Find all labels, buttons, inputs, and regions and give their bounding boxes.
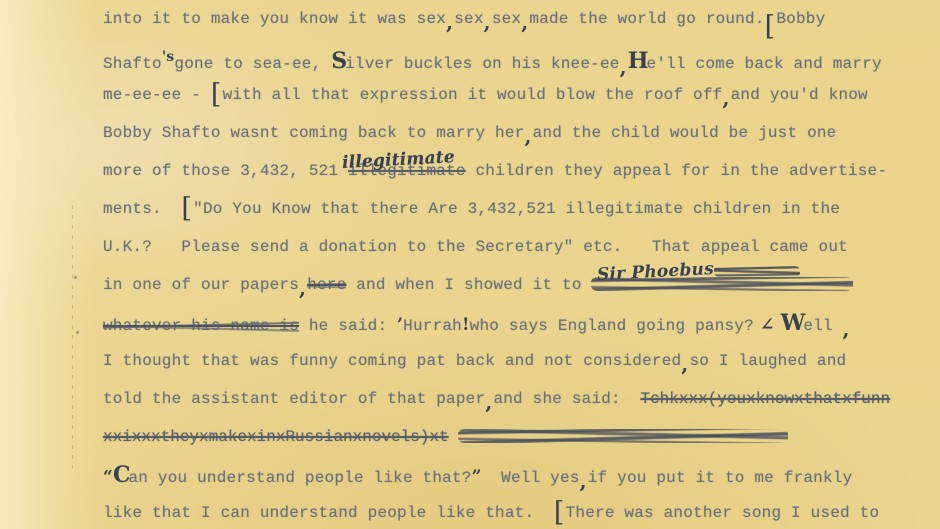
typescript-line-06: ments. ["Do You Know that there Are 3,43… <box>0 190 940 228</box>
typed-text: Bobby <box>776 10 825 28</box>
typescript-line-12: xxixxxtheyxmakexinxRussianxnovels)xt <box>0 418 940 456</box>
typed-text: Well yes <box>482 469 580 487</box>
typed-text: sex <box>492 10 521 28</box>
scribbled-out-text <box>458 429 788 443</box>
typed-text: ell <box>803 317 842 335</box>
typed-text: into it to make you know it was sex <box>103 10 446 28</box>
handwritten-capital-w: W <box>781 310 806 336</box>
struck-out-typed-text: whatever his name is <box>103 317 299 335</box>
typed-text: if you put it to me frankly <box>588 469 853 487</box>
handwritten-annotation: illegitimate <box>342 152 455 169</box>
handwritten-exclamation: ! <box>462 315 470 335</box>
typescript-line-04: Bobby Shafto wasnt coming back to marry … <box>0 114 940 152</box>
handwritten-comma: , <box>681 352 688 376</box>
typescript-line-07: U.K.? Please send a donation to the Secr… <box>0 228 940 266</box>
typescript-line-08: in one of our papers,here and when I sho… <box>0 266 940 304</box>
typed-text: who says England going pansy? <box>470 317 754 335</box>
typescript-line-01: into it to make you know it was sex,sex,… <box>0 0 940 38</box>
typed-text: ments. <box>103 200 181 218</box>
typed-text: in one of our papers <box>103 276 299 294</box>
scribbled-out-text: Sir Phoebus <box>591 277 853 291</box>
typed-text: There was another song I used to <box>566 504 880 522</box>
typescript-page: into it to make you know it was sex,sex,… <box>0 0 940 529</box>
typed-text: he said: <box>299 317 397 335</box>
typed-text: an you understand people like that? <box>129 469 472 487</box>
handwritten-comma: , <box>722 86 729 110</box>
handwritten-annotation: Sir Phoebus <box>597 264 800 281</box>
typed-text: made the world go round. <box>529 10 764 28</box>
typed-text: e'll come back and marry <box>647 55 882 73</box>
typescript-line-09: whatever his name is he said: ’Hurrah!wh… <box>0 304 940 342</box>
typescript-line-10: I thought that was funny coming pat back… <box>0 342 940 380</box>
typed-text: and she said: <box>493 390 640 408</box>
typed-text: and when I showed it to <box>346 276 591 294</box>
handwritten-capital-h: H <box>628 48 649 74</box>
typed-text: and you'd know <box>731 86 868 104</box>
struck-out-typed-word: illegitimateillegitimate <box>348 162 466 180</box>
typed-text: like that I can understand people like t… <box>103 504 554 522</box>
typed-text: children they appeal for in the advertis… <box>466 162 887 180</box>
typed-text <box>449 428 459 446</box>
typescript-line-14: like that I can understand people like t… <box>0 494 940 529</box>
handwritten-comma: , <box>843 317 850 341</box>
typed-text: so I laughed and <box>689 352 846 370</box>
handwritten-comma: , <box>485 390 492 414</box>
handwritten-bracket: [ <box>211 79 222 110</box>
typed-text: gone to sea-ee, <box>174 55 331 73</box>
handwritten-bracket: [ <box>181 193 192 224</box>
handwritten-comma: , <box>521 10 528 34</box>
handwritten-comma: , <box>524 124 531 148</box>
typed-text: Bobby Shafto wasnt coming back to marry … <box>103 124 524 142</box>
handwritten-illegitimate: illegitimate <box>342 149 456 172</box>
typescript-line-13: “Can you understand people like that?” W… <box>0 456 940 494</box>
handwritten-sir-phoebus: Sir Phoebus <box>597 261 715 284</box>
typescript-line-11: told the assistant editor of that paper,… <box>0 380 940 418</box>
typed-text: ilver buckles on his knee-ee <box>345 55 619 73</box>
typed-text: told the assistant editor of that paper <box>103 390 485 408</box>
typed-text: Hurrah <box>403 317 462 335</box>
typed-text: with all that expression it would blow t… <box>223 86 723 104</box>
typed-text: more of those 3,432, 521 <box>103 162 348 180</box>
typed-text: me-ee-ee - <box>103 86 211 104</box>
typescript-line-05: more of those 3,432, 521 illegitimateill… <box>0 152 940 190</box>
typescript-lines: into it to make you know it was sex,sex,… <box>0 0 940 529</box>
typed-text: sex <box>454 10 483 28</box>
handwritten-close-quote: ” <box>472 467 482 487</box>
struck-out-typed-word: here <box>307 276 346 294</box>
handwritten-comma: , <box>446 10 453 34</box>
typed-text: "Do You Know that there Are 3,432,521 il… <box>193 200 840 218</box>
handwritten-bracket: [ <box>554 497 565 528</box>
handwritten-comma: , <box>580 469 587 493</box>
handwritten-open-quote: “ <box>103 467 113 487</box>
typed-text: and the child would be just one <box>533 124 837 142</box>
handwritten-comma: , <box>484 10 491 34</box>
handwritten-comma: , <box>299 276 306 300</box>
typed-text: U.K.? Please send a donation to the Secr… <box>103 238 848 256</box>
typed-text: Shafto <box>103 55 162 73</box>
handwritten-insertion-mark: ∠ <box>754 315 781 335</box>
x-ed-out-typed-text: xxixxxtheyxmakexinxRussianxnovels)xt <box>103 428 449 446</box>
handwritten-apostrophe-s: 's <box>162 49 175 65</box>
x-ed-out-typed-text: Tchkxxx(youxknowxthatxfunn <box>640 390 890 408</box>
typescript-line-03: me-ee-ee - [with all that expression it … <box>0 76 940 114</box>
typescript-line-02: Shafto'sgone to sea-ee, Silver buckles o… <box>0 38 940 76</box>
typed-text: I thought that was funny coming pat back… <box>103 352 681 370</box>
struck-out-handwritten-name <box>714 266 800 277</box>
